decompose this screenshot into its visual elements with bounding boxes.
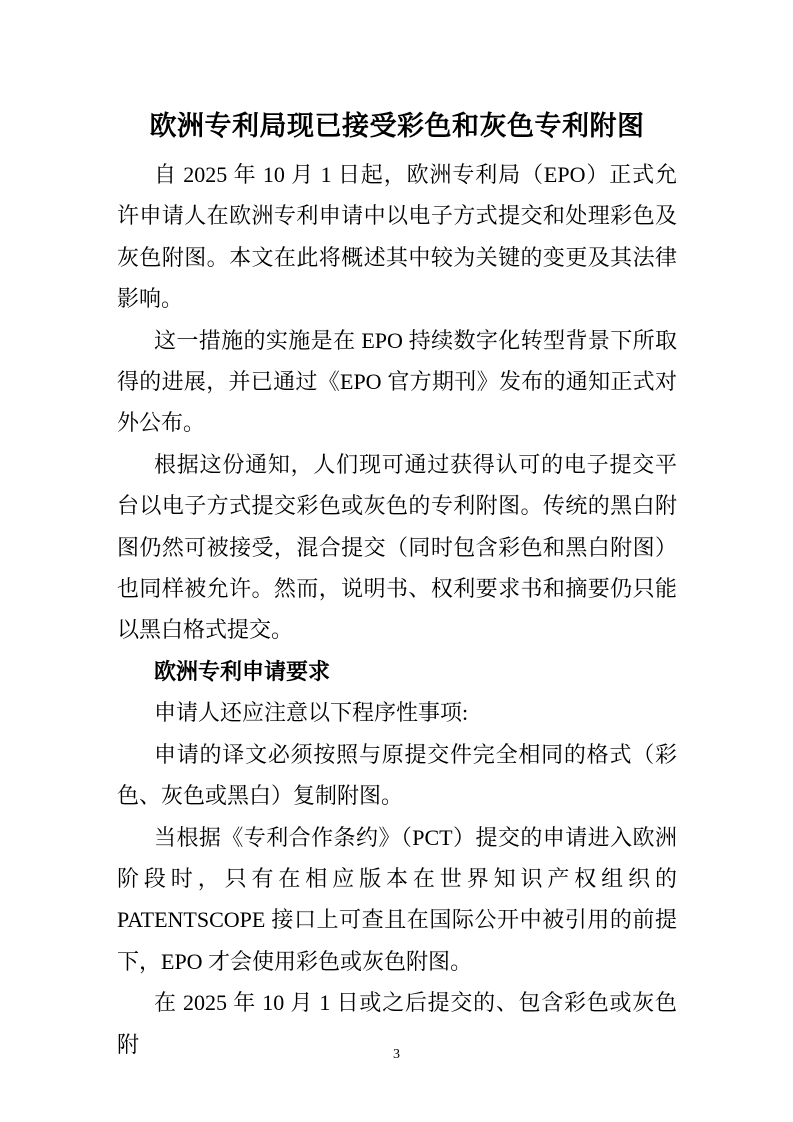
document-title: 欧洲专利局现已接受彩色和灰色专利附图 bbox=[117, 103, 677, 149]
document-content: 欧洲专利局现已接受彩色和灰色专利附图 自 2025 年 10 月 1 日起，欧洲… bbox=[117, 103, 677, 1065]
section-paragraph-2: 申请的译文必须按照与原提交件完全相同的格式（彩色、灰色或黑白）复制附图。 bbox=[117, 734, 677, 817]
intro-paragraph-1: 自 2025 年 10 月 1 日起，欧洲专利局（EPO）正式允许申请人在欧洲专… bbox=[117, 154, 677, 320]
section-paragraph-1: 申请人还应注意以下程序性事项: bbox=[117, 692, 677, 733]
section-paragraph-3: 当根据《专利合作条约》（PCT）提交的申请进入欧洲阶段时，只有在相应版本在世界知… bbox=[117, 817, 677, 983]
page-number: 3 bbox=[0, 1046, 793, 1064]
intro-paragraph-3: 根据这份通知，人们现可通过获得认可的电子提交平台以电子方式提交彩色或灰色的专利附… bbox=[117, 444, 677, 651]
intro-paragraph-2: 这一措施的实施是在 EPO 持续数字化转型背景下所取得的进展，并已通过《EPO … bbox=[117, 320, 677, 444]
document-page: 欧洲专利局现已接受彩色和灰色专利附图 自 2025 年 10 月 1 日起，欧洲… bbox=[0, 0, 793, 1122]
section-heading: 欧洲专利申请要求 bbox=[117, 651, 677, 692]
